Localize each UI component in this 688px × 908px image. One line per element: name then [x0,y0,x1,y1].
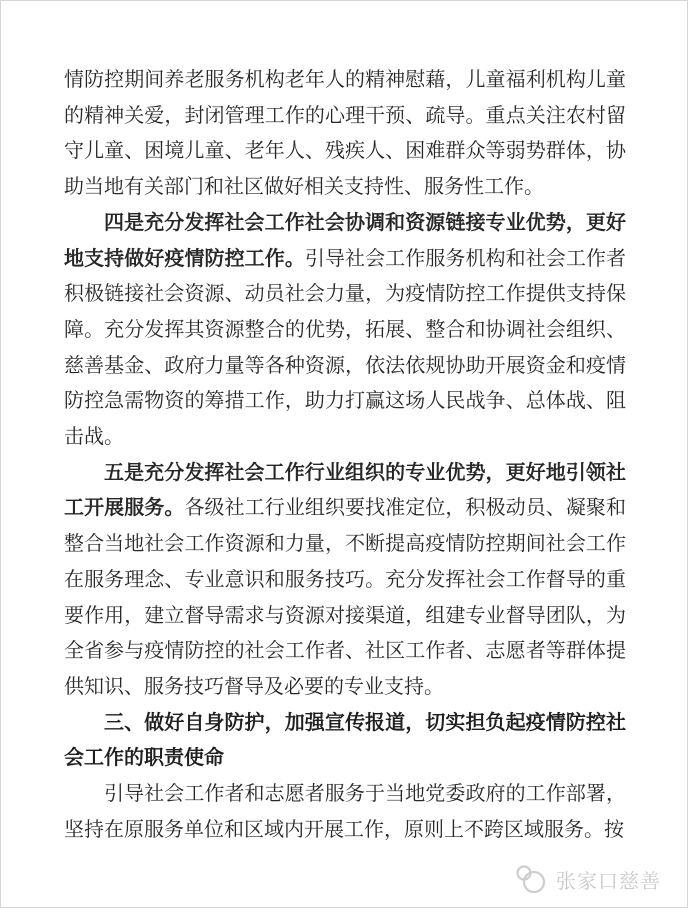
paragraph-text: 各级社工行业组织要找准定位，积极动员、凝聚和整合当地社会工作资源和力量，不断提高… [64,497,626,698]
document-body: 情防控期间养老服务机构老年人的精神慰藉，儿童福利机构儿童的精神关爱，封闭管理工作… [64,63,626,848]
paragraph-continuation: 情防控期间养老服务机构老年人的精神慰藉，儿童福利机构儿童的精神关爱，封闭管理工作… [64,63,626,206]
document-page: 情防控期间养老服务机构老年人的精神慰藉，儿童福利机构儿童的精神关爱，封闭管理工作… [0,0,688,908]
paragraph-text: 情防控期间养老服务机构老年人的精神慰藉，儿童福利机构儿童的精神关爱，封闭管理工作… [64,69,626,198]
paragraph-text: 引导社会工作者和志愿者服务于当地党委政府的工作部署，坚持在原服务单位和区域内开展… [64,783,626,841]
watermark: 张家口慈善 [515,864,661,894]
section-heading-text: 三、做好自身防护，加强宣传报道，切实担负起疫情防控社会工作的职责使命 [64,712,626,770]
paragraph-guidance: 引导社会工作者和志愿者服务于当地党委政府的工作部署，坚持在原服务单位和区域内开展… [64,777,626,848]
charity-logo-icon [515,864,547,894]
paragraph-point-four: 四是充分发挥社会工作社会协调和资源链接专业优势，更好地支持做好疫情防控工作。引导… [64,206,626,456]
paragraph-point-five: 五是充分发挥社会工作行业组织的专业优势，更好地引领社工开展服务。各级社工行业组织… [64,456,626,706]
section-heading-three: 三、做好自身防护，加强宣传报道，切实担负起疫情防控社会工作的职责使命 [64,706,626,777]
watermark-label: 张家口慈善 [556,865,661,894]
paragraph-text: 引导社会工作服务机构和社会工作者积极链接社会资源、动员社会力量，为疫情防控工作提… [64,248,626,449]
